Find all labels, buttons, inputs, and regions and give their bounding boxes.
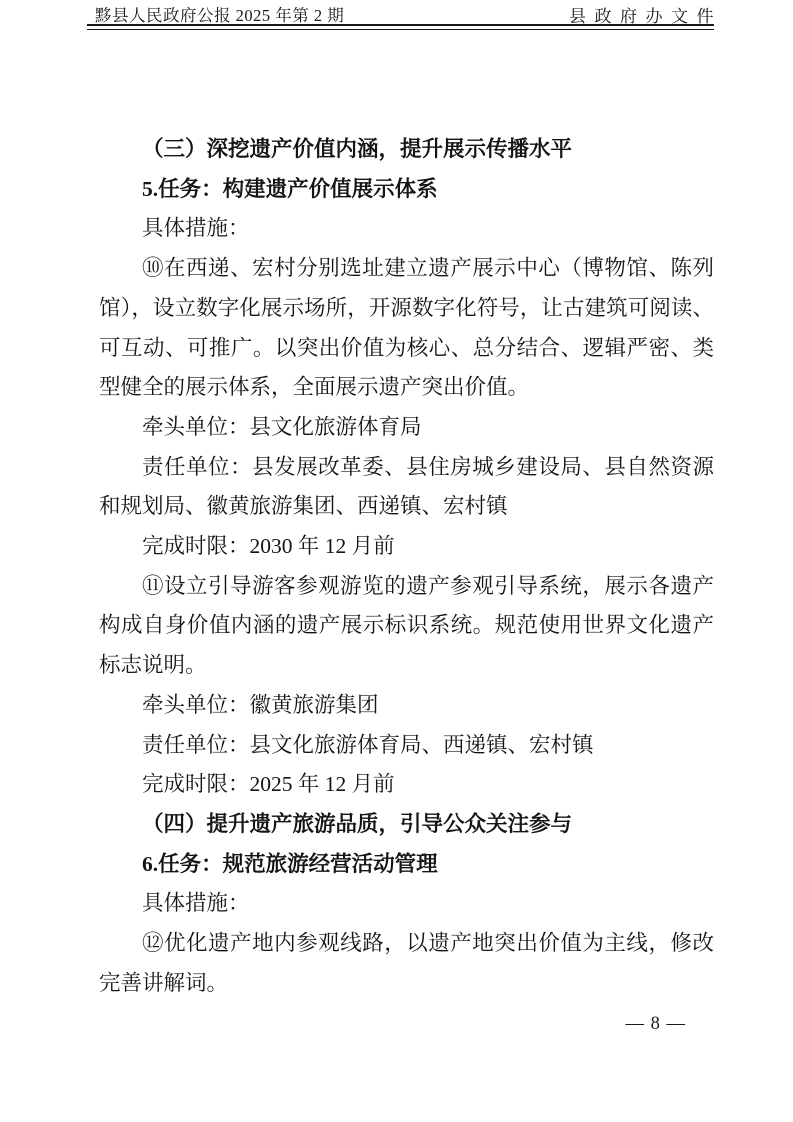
measure-10-paragraph: ⑩在西递、宏村分别选址建立遗产展示中心（博物馆、陈列馆），设立数字化展示场所，开… [99,249,714,408]
heading-section-3: （三）深挖遗产价值内涵，提升展示传播水平 [99,130,714,170]
deadline-line: 完成时限：2030 年 12 月前 [99,527,714,567]
lead-unit-line: 牵头单位：县文化旅游体育局 [99,408,714,448]
document-body: （三）深挖遗产价值内涵，提升展示传播水平 5.任务：构建遗产价值展示体系 具体措… [99,130,714,1003]
measure-11-paragraph: ⑪设立引导游客参观游览的遗产参观引导系统，展示各遗产构成自身价值内涵的遗产展示标… [99,567,714,686]
responsible-unit-line: 责任单位：县发展改革委、县住房城乡建设局、县自然资源和规划局、徽黄旅游集团、西递… [99,448,714,527]
measure-12-paragraph: ⑫优化遗产地内参观线路，以遗产地突出价值为主线，修改完善讲解词。 [99,924,714,1003]
responsible-unit-line: 责任单位：县文化旅游体育局、西递镇、宏村镇 [99,726,714,766]
label-specific-measures: 具体措施： [99,884,714,924]
running-header-gazette-title: 黟县人民政府公报 2025 年第 2 期 [95,2,344,26]
gazette-page: 黟县人民政府公报 2025 年第 2 期 县政府办文件 （三）深挖遗产价值内涵，… [0,0,793,1122]
header-double-rule [87,24,714,30]
subheading-task-6: 6.任务：规范旅游经营活动管理 [99,845,714,885]
subheading-task-5: 5.任务：构建遗产价值展示体系 [99,170,714,210]
page-number: — 8 — [626,1014,687,1035]
label-specific-measures: 具体措施： [99,209,714,249]
deadline-line: 完成时限：2025 年 12 月前 [99,765,714,805]
heading-section-4: （四）提升遗产旅游品质，引导公众关注参与 [99,805,714,845]
lead-unit-line: 牵头单位：徽黄旅游集团 [99,686,714,726]
